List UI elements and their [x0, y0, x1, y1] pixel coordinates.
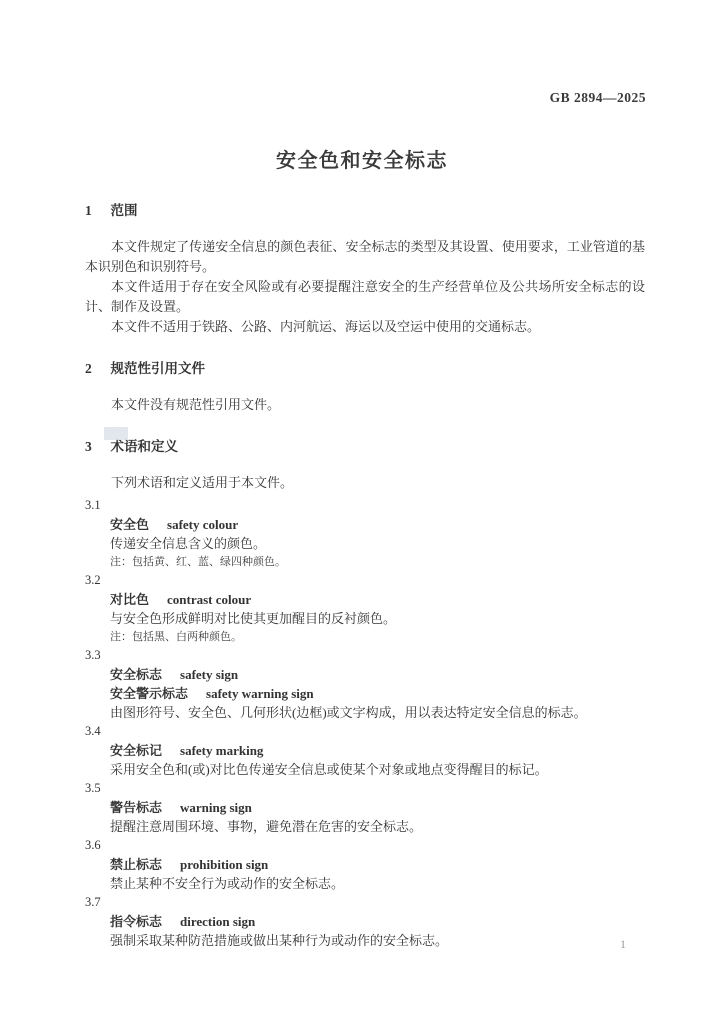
term-note: 注：包括黄、红、蓝、绿四种颜色。	[110, 553, 645, 571]
section-number: 1	[85, 203, 92, 218]
term-number: 3.2	[85, 571, 645, 590]
term-name-line: 安全色 safety colour	[110, 515, 645, 534]
term-name-line: 禁止标志 prohibition sign	[110, 855, 645, 874]
scan-highlight-artifact	[104, 427, 128, 440]
section-heading: 2 规范性引用文件	[85, 359, 645, 379]
paragraph: 本文件规定了传递安全信息的颜色表征、安全标志的类型及其设置、使用要求，工业管道的…	[85, 237, 645, 277]
term-definition: 采用安全色和(或)对比色传递安全信息或使某个对象或地点变得醒目的标记。	[110, 760, 645, 779]
term-entry-direction-sign: 3.7 指令标志 direction sign 强制采取某种防范措施或做出某种行…	[85, 893, 645, 950]
term-number: 3.4	[85, 722, 645, 741]
term-entry-safety-colour: 3.1 安全色 safety colour 传递安全信息含义的颜色。 注：包括黄…	[85, 496, 645, 571]
term-en: direction sign	[180, 914, 255, 929]
section-heading: 1 范围	[85, 201, 645, 221]
terms-intro: 下列术语和定义适用于本文件。	[85, 473, 645, 493]
term-number: 3.6	[85, 836, 645, 855]
section-heading: 3 术语和定义	[85, 437, 645, 457]
term-number: 3.7	[85, 893, 645, 912]
section-scope: 1 范围 本文件规定了传递安全信息的颜色表征、安全标志的类型及其设置、使用要求，…	[85, 201, 645, 337]
term-entry-safety-sign: 3.3 安全标志 safety sign 安全警示标志 safety warni…	[85, 646, 645, 722]
term-entry-prohibition-sign: 3.6 禁止标志 prohibition sign 禁止某种不安全行为或动作的安…	[85, 836, 645, 893]
section-title: 术语和定义	[111, 439, 179, 454]
term-zh: 安全色	[110, 517, 149, 532]
document-body: 1 范围 本文件规定了传递安全信息的颜色表征、安全标志的类型及其设置、使用要求，…	[85, 201, 645, 972]
term-zh: 指令标志	[110, 914, 162, 929]
document-page: GB 2894—2025 安全色和安全标志 1 范围 本文件规定了传递安全信息的…	[0, 0, 724, 1024]
term-definition: 传递安全信息含义的颜色。	[110, 534, 645, 553]
term-definition: 提醒注意周围环境、事物，避免潜在危害的安全标志。	[110, 817, 645, 836]
standard-number: GB 2894—2025	[550, 90, 646, 106]
term-entry-warning-sign: 3.5 警告标志 warning sign 提醒注意周围环境、事物，避免潜在危害…	[85, 779, 645, 836]
term-name-line: 指令标志 direction sign	[110, 912, 645, 931]
term-definition: 强制采取某种防范措施或做出某种行为或动作的安全标志。	[110, 931, 645, 950]
term-en: prohibition sign	[180, 857, 268, 872]
term-name-line: 警告标志 warning sign	[110, 798, 645, 817]
section-normative-references: 2 规范性引用文件 本文件没有规范性引用文件。	[85, 359, 645, 415]
term-name-line: 安全标志 safety sign	[110, 665, 645, 684]
term-number: 3.1	[85, 496, 645, 515]
section-terms-definitions: 3 术语和定义 下列术语和定义适用于本文件。 3.1 安全色 safety co…	[85, 437, 645, 950]
section-title: 规范性引用文件	[111, 361, 206, 376]
term-en: safety warning sign	[206, 686, 314, 701]
term-number: 3.5	[85, 779, 645, 798]
term-definition: 与安全色形成鲜明对比使其更加醒目的反衬颜色。	[110, 609, 645, 628]
page-title: 安全色和安全标志	[0, 144, 724, 173]
term-number: 3.3	[85, 646, 645, 665]
term-entry-contrast-colour: 3.2 对比色 contrast colour 与安全色形成鲜明对比使其更加醒目…	[85, 571, 645, 646]
term-zh: 对比色	[110, 592, 149, 607]
term-name-line: 对比色 contrast colour	[110, 590, 645, 609]
section-number: 2	[85, 361, 92, 376]
paragraph: 本文件适用于存在安全风险或有必要提醒注意安全的生产经营单位及公共场所安全标志的设…	[85, 277, 645, 317]
term-name-line: 安全标记 safety marking	[110, 741, 645, 760]
term-en: safety sign	[180, 667, 238, 682]
term-zh: 警告标志	[110, 800, 162, 815]
page-number: 1	[620, 937, 626, 952]
term-zh: 安全标记	[110, 743, 162, 758]
term-note: 注：包括黑、白两种颜色。	[110, 628, 645, 646]
term-en: safety marking	[180, 743, 263, 758]
paragraph: 本文件没有规范性引用文件。	[85, 395, 645, 415]
section-title: 范围	[111, 203, 138, 218]
term-definition: 由图形符号、安全色、几何形状(边框)或文字构成，用以表达特定安全信息的标志。	[110, 703, 645, 722]
term-definition: 禁止某种不安全行为或动作的安全标志。	[110, 874, 645, 893]
section-number: 3	[85, 439, 92, 454]
term-zh: 安全标志	[110, 667, 162, 682]
paragraph: 本文件不适用于铁路、公路、内河航运、海运以及空运中使用的交通标志。	[85, 317, 645, 337]
term-entry-safety-marking: 3.4 安全标记 safety marking 采用安全色和(或)对比色传递安全…	[85, 722, 645, 779]
term-en: safety colour	[167, 517, 238, 532]
term-name-line: 安全警示标志 safety warning sign	[110, 684, 645, 703]
term-zh: 安全警示标志	[110, 686, 188, 701]
term-en: contrast colour	[167, 592, 251, 607]
term-zh: 禁止标志	[110, 857, 162, 872]
term-en: warning sign	[180, 800, 252, 815]
